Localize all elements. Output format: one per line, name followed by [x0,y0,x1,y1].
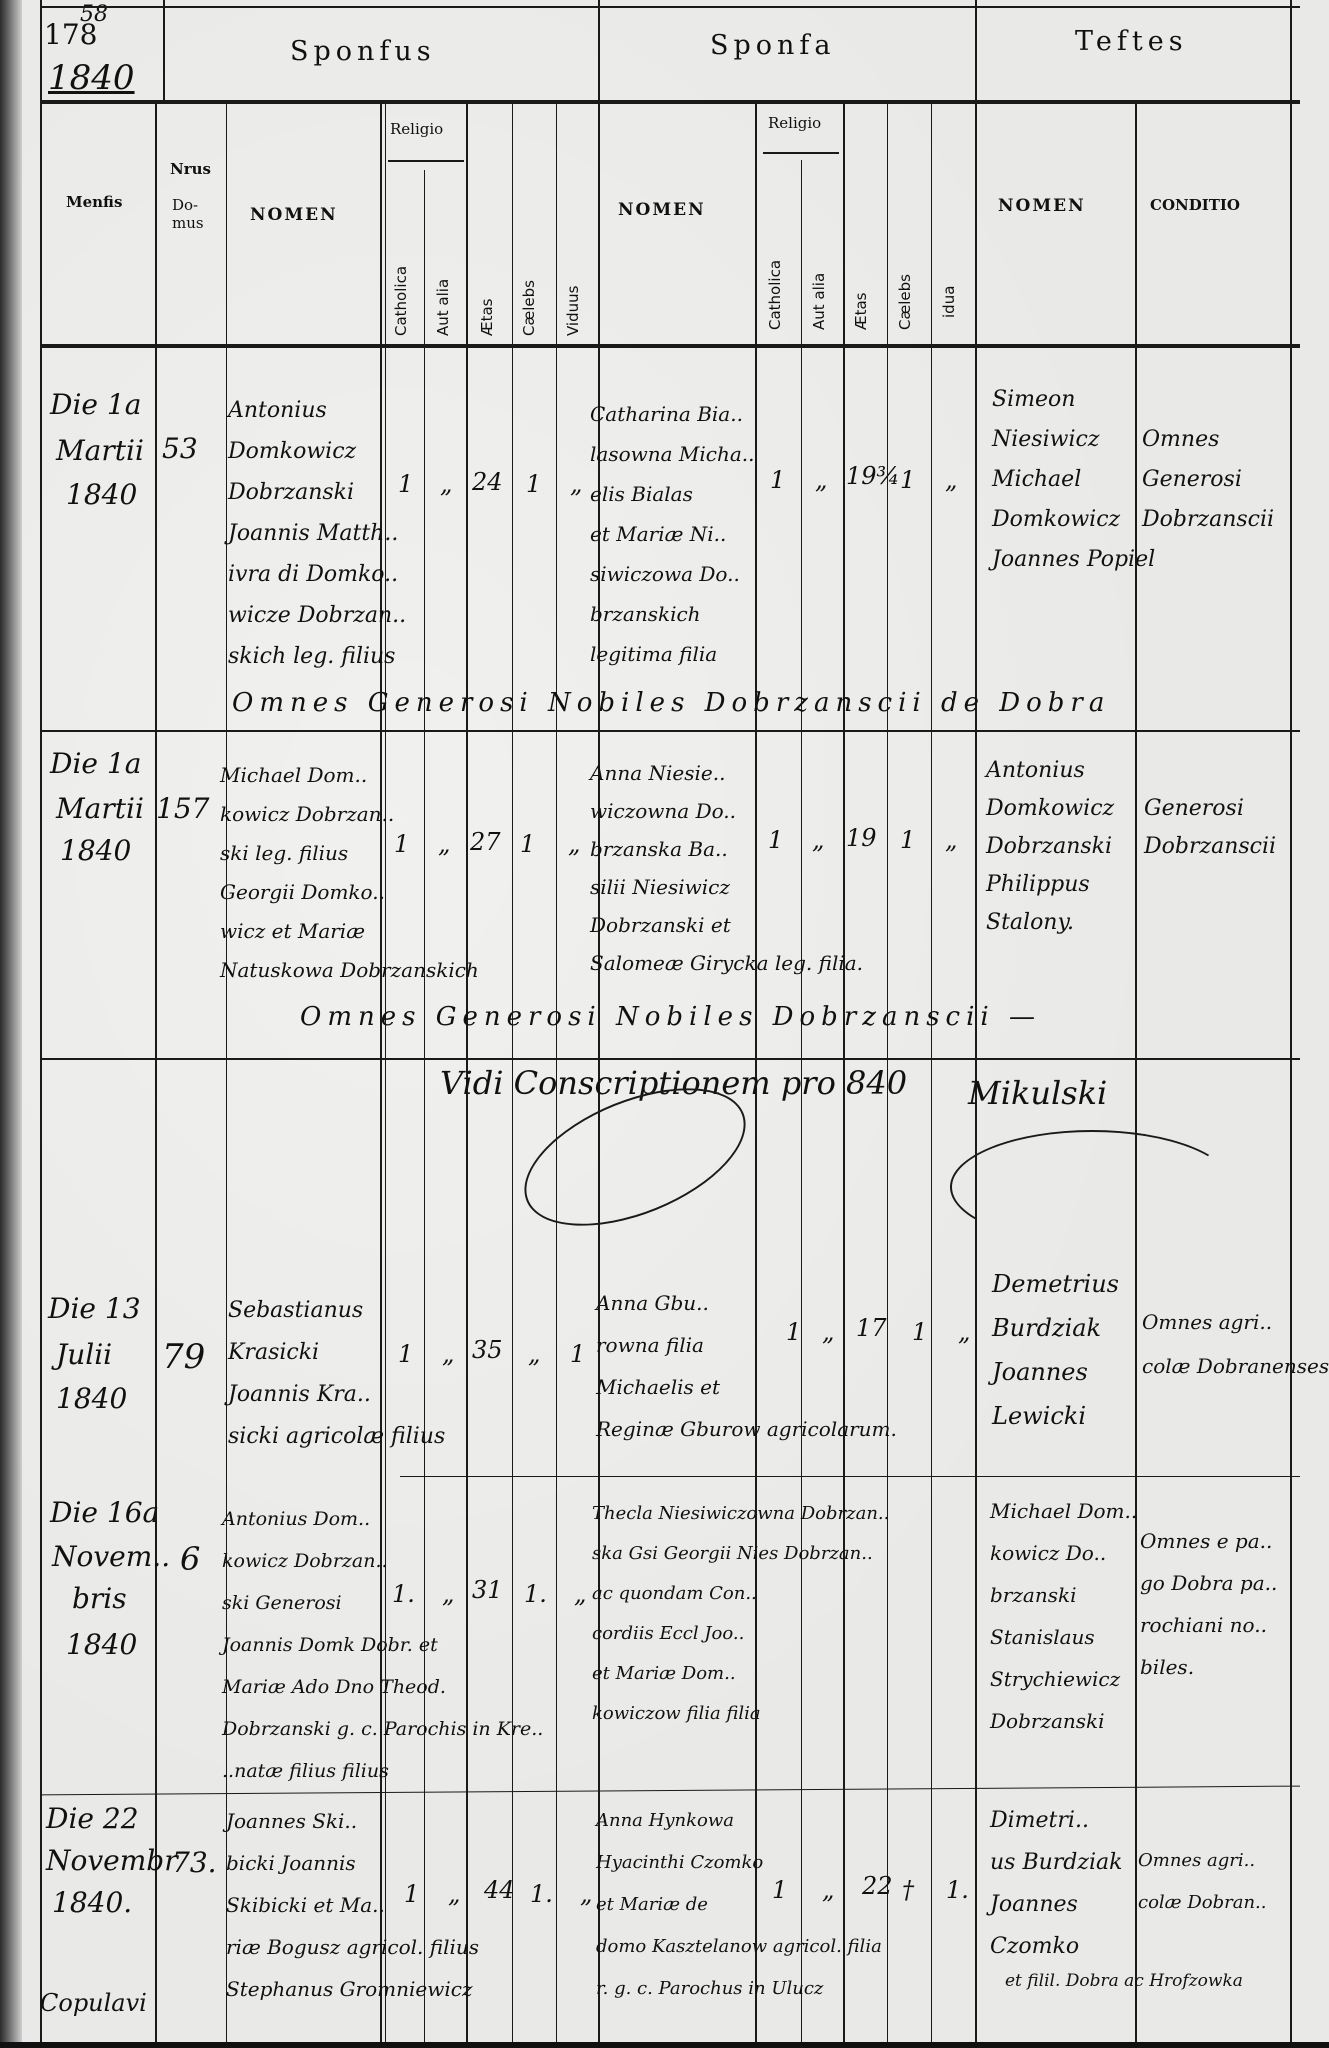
col-divider [931,100,932,2048]
header-testes: Teftes [1075,26,1188,57]
house-number: 73. [172,1844,217,1882]
entry-date-day: Die 1a [50,745,141,783]
col-nomen-sponsa: NOMEN [618,200,706,220]
groom-aut-alia: „ [442,1580,454,1608]
bride-caelebs: 1 [912,1318,927,1346]
groom-viduus: „ [568,830,580,858]
signature-flourish [950,1130,1234,1244]
religio-bar [763,152,839,154]
witness-condition: Omnes agri..colæ Dobran.. [1138,1840,1266,1924]
col-caelebs-sponsus: Cælebs [520,280,538,336]
entry-date-year: 1840 [66,476,137,514]
groom-aut-alia: „ [442,1340,454,1368]
folio-number: 178 [44,18,97,51]
entry-note: Omnes Generosi Nobiles Dobrzanscii de Do… [232,686,1110,720]
entry-date-year: 1840 [66,1626,137,1664]
col-aetas-sponsus: Ætas [478,299,496,337]
bride-catholica: 1 [770,466,785,494]
col-divider [155,100,157,2048]
col-vidua-sponsa: idua [940,286,958,318]
row-divider [40,730,1300,732]
groom-viduus: „ [574,1580,586,1608]
entry-date-day: Die 16a [50,1494,159,1532]
bride-aut-alia: „ [822,1876,834,1904]
col-divider [801,160,802,2048]
entry-note: et filil. Dobra ac Hrofzowka [1005,1964,1243,1998]
col-religio-sponsus: Religio [390,120,443,138]
groom-name: Joannes Ski..bicki JoannisSkibicki et Ma… [226,1800,479,2010]
header-sponsa: Sponfa [710,30,836,61]
bride-vidua: 1. [946,1876,969,1904]
house-number: 79 [162,1338,205,1376]
groom-catholica: 1 [398,470,413,498]
header-bottom [40,344,1300,348]
groom-name: Antonius Dom..kowicz Dobrzan..ski Genero… [222,1498,543,1792]
col-catholica-sponsa: Catholica [766,260,784,330]
groom-viduus: 1 [570,1340,585,1368]
bride-vidua: „ [945,826,957,854]
row-divider [400,1476,1300,1477]
margin-note: Copulavi [40,1986,147,2020]
groom-aetas: 31 [472,1576,503,1604]
groom-aetas: 24 [472,468,503,496]
col-religio-sponsa: Religio [768,114,821,132]
groom-viduus: „ [570,470,582,498]
witness-condition: OmnesGenerosiDobrzanscii [1142,420,1274,540]
bride-caelebs: 1 [900,466,915,494]
groom-aut-alia: „ [438,830,450,858]
witness-names: AntoniusDomkowiczDobrzanskiPhilippusStal… [986,752,1114,942]
witness-names: Dimetri..us BurdziakJoannesCzomko [990,1800,1122,1968]
entry-date-day: Die 1a [50,386,141,424]
house-number: 157 [156,790,209,828]
page-bottom-edge [0,2042,1329,2048]
bride-vidua: „ [945,466,957,494]
groom-caelebs: 1. [530,1880,553,1908]
col-mensis: Menfis [66,193,122,211]
groom-viduus: „ [580,1880,592,1908]
bride-catholica: 1 [772,1876,787,1904]
groom-name: AntoniusDomkowiczDobrzanskiJoannis Matth… [228,390,406,677]
visitation-signature: Mikulski [968,1076,1107,1110]
col-aut-alia-sponsa: Aut alia [810,273,828,330]
groom-catholica: 1 [398,1340,413,1368]
groom-catholica: 1 [394,830,409,858]
bride-vidua: „ [958,1318,970,1346]
year-label: 1840 [48,58,135,98]
groom-aetas: 35 [472,1336,503,1364]
col-catholica-sponsus: Catholica [392,266,410,336]
witness-names: Michael Dom..kowicz Do..brzanskiStanisla… [990,1490,1137,1742]
groom-catholica: 1 [404,1880,419,1908]
entry-date-month-cont: bris [72,1580,127,1618]
register-page: 58 178 1840 Sponfus Sponfa Teftes Menfis… [0,0,1329,2048]
groom-aetas: 27 [470,828,501,856]
entry-date-month: Julii [56,1336,112,1374]
col-domus: Do- mus [172,196,204,232]
groom-caelebs: „ [528,1340,540,1368]
entry-date-day: Die 13 [48,1290,141,1328]
col-aetas-sponsa: Ætas [852,293,870,331]
row-divider [40,1058,1300,1060]
groom-name: SebastianusKrasickiJoannis Kra..sicki ag… [228,1290,445,1458]
bride-name: Catharina Bia..lasowna Micha..elis Biala… [590,394,755,674]
entry-date-month: Novem.. [52,1538,170,1576]
bride-aetas: 22 [862,1872,893,1900]
groom-caelebs: 1 [526,470,541,498]
col-nomen-testes: NOMEN [998,196,1086,216]
col-nrus: Nrus [170,160,211,178]
witness-condition: Omnes e pa..go Dobra pa..rochiani no..bi… [1140,1520,1277,1688]
col-viduus-sponsus: Viduus [564,286,582,336]
groom-catholica: 1. [392,1580,415,1608]
bride-aetas: 19¾ [846,462,900,490]
col-aut-alia-sponsus: Aut alia [434,279,452,336]
table-border-left [40,0,42,2048]
groom-name: Michael Dom..kowicz Dobrzan..ski leg. fi… [220,756,479,990]
col-divider [163,0,165,100]
col-nomen-sponsus: NOMEN [250,205,338,225]
groom-aetas: 44 [484,1876,515,1904]
entry-date-month: Martii [56,432,144,470]
entry-note: Omnes Generosi Nobiles Dobrzanscii — [300,1000,1041,1034]
witness-names: DemetriusBurdziakJoannesLewicki [992,1262,1119,1438]
entry-date-year: 1840 [56,1380,127,1418]
witness-names: SimeonNiesiwiczMichaelDomkowiczJoannes P… [992,380,1155,580]
bride-aut-alia: „ [822,1318,834,1346]
groom-aut-alia: „ [448,1880,460,1908]
col-caelebs-sponsa: Cælebs [896,274,914,330]
bride-caelebs: † [902,1876,914,1904]
header-sponsus: Sponfus [290,36,436,67]
book-binding-edge [0,0,22,2048]
witness-condition: Omnes agri..colæ Dobranenses [1142,1300,1329,1388]
bride-aut-alia: „ [812,826,824,854]
table-border-right [1290,0,1292,2048]
bride-aut-alia: „ [815,466,827,494]
bride-caelebs: 1 [900,826,915,854]
bride-aetas: 17 [856,1314,887,1342]
bride-aetas: 19 [846,824,877,852]
bride-name: Anna Gbu..rowna filiaMichaelis etReginæ … [596,1282,897,1450]
entry-date-month: Martii [56,790,144,828]
bride-catholica: 1 [786,1318,801,1346]
groom-aut-alia: „ [440,470,452,498]
witness-condition: GenerosiDobrzanscii [1144,790,1276,866]
house-number: 6 [180,1540,200,1578]
col-conditio: CONDITIO [1150,196,1240,214]
entry-date-month: Novembr [46,1842,178,1880]
groom-caelebs: 1 [520,830,535,858]
religio-bar [388,160,464,162]
entry-date-year: 1840. [52,1884,132,1922]
groom-caelebs: 1. [524,1580,547,1608]
entry-date-day: Die 22 [46,1800,139,1838]
house-number: 53 [162,430,198,468]
bride-catholica: 1 [768,826,783,854]
bride-name: Anna HynkowaHyacinthi Czomkoet Mariæ ded… [596,1800,882,2010]
entry-date-year: 1840 [60,832,131,870]
table-border-top [40,6,1300,8]
header-divider [40,100,1300,104]
bride-name: Thecla Niesiwiczowna Dobrzan..ska Gsi Ge… [592,1494,889,1734]
bride-name: Anna Niesie..wiczowna Do..brzanska Ba..s… [590,754,863,982]
